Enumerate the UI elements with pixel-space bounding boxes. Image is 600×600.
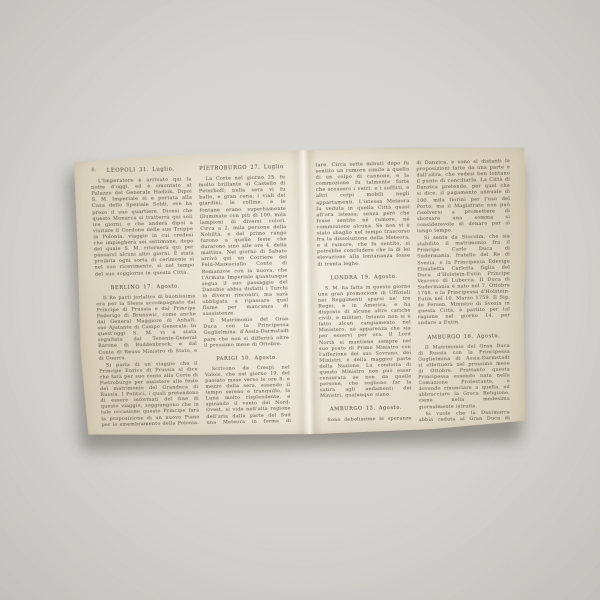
article-parigi-paragraph: Scrivono da Crespì nel Valois, che nel g…: [205, 364, 291, 425]
article-amburgo15-paragraph: Sono debolissime le speranze di poter ve…: [320, 415, 411, 423]
article-pietroburgo-paragraph-2: Il Matrimonio del Gran Duca con la Princ…: [203, 316, 289, 348]
article-amburgo15-continuation: di Danzica, e sono sì distanti le propos…: [416, 158, 510, 234]
right-page: tare. Circa sette minuti dopo fu sentito…: [300, 158, 510, 424]
dateline-londra: LONDRA 19. Agosto.: [319, 273, 410, 281]
dateline-leopoli: LEOPOLI 31. Luglio.: [91, 166, 190, 174]
article-amburgo16-paragraph: Il Matrimonio del Gran Duca di Russia co…: [418, 343, 510, 411]
article-pietroburgo-paragraph: La Corte nel giorno 25. fu molto brillan…: [198, 174, 288, 317]
newspaper-sheet: 8. LEOPOLI 31. Luglio. L'Imperatore è ar…: [71, 144, 527, 439]
column-4: di Danzica, e sono sì distanti le propos…: [416, 158, 510, 421]
dateline-berlino: BERLINO 17. Agosto.: [96, 283, 194, 291]
article-leopoli-paragraph: L'Imperatore è arrivato qui la notte d'o…: [91, 176, 195, 277]
article-amburgo15-paragraph-2: Si sente da Stocolm, che sia stabilito i…: [417, 233, 510, 326]
dateline-amburgo-15: AMBURGO 15. Agosto.: [321, 405, 410, 413]
dateline-pietroburgo: PIETROBURGO 27. Luglio.: [199, 164, 284, 172]
column-3: tare. Circa sette minuti dopo fu sentito…: [315, 160, 411, 423]
left-page: LEOPOLI 31. Luglio. L'Imperatore è arriv…: [90, 163, 306, 428]
article-berlino-paragraph-2: Si parla di un viaggio che il Principe E…: [99, 360, 200, 427]
column-2: PIETROBURGO 27. Luglio. La Corte nel gio…: [198, 163, 291, 426]
photo-background: 8. LEOPOLI 31. Luglio. L'Imperatore è ar…: [0, 0, 600, 600]
dateline-amburgo-16: AMBURGO 16. Agosto.: [419, 333, 509, 341]
column-1: LEOPOLI 31. Luglio. L'Imperatore è arriv…: [90, 165, 200, 428]
article-parigi-continuation: tare. Circa sette minuti dopo fu sentito…: [315, 160, 410, 267]
gazette-bifolium: 8. LEOPOLI 31. Luglio. L'Imperatore è ar…: [71, 144, 527, 439]
dateline-parigi: PARIGI 10. Agosto.: [205, 354, 288, 362]
article-berlino-paragraph: Il Re partì jerlaltro di buonissima ora …: [96, 293, 198, 361]
article-amburgo16-paragraph-2: Si vuole che la Danimarca abbia ceduta a…: [419, 409, 510, 421]
article-londra-paragraph: S. M. ha fatta in questo giorno una gran…: [318, 283, 412, 399]
